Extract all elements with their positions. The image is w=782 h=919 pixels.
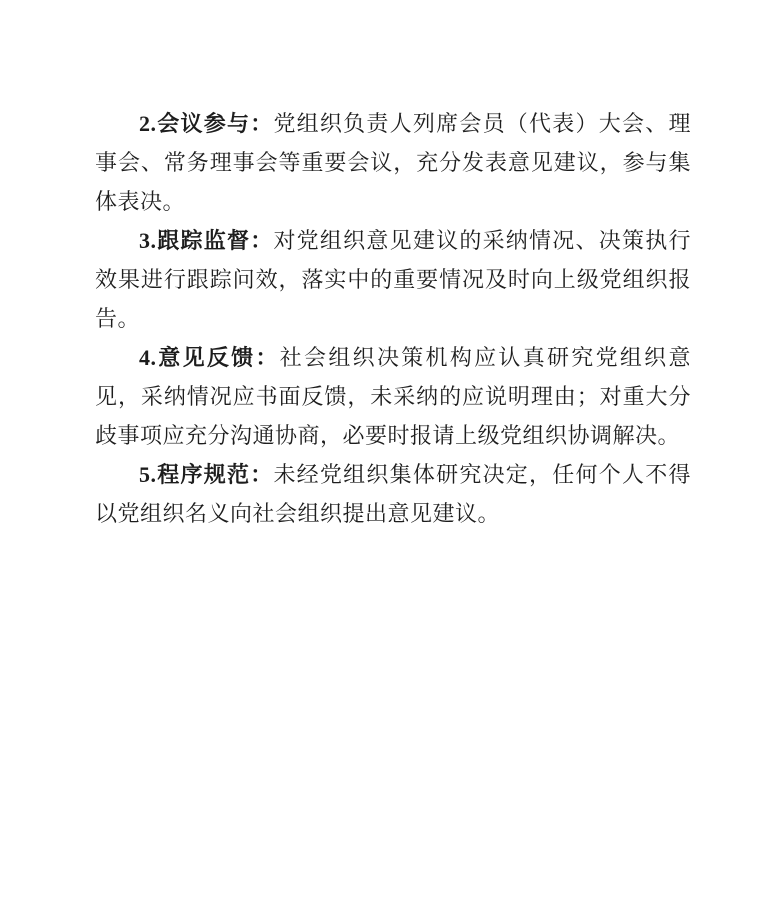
paragraph-3-separator: ：: [250, 228, 273, 253]
paragraph-4: 4.意见反馈：社会组织决策机构应认真研究党组织意见，采纳情况应书面反馈，未采纳的…: [95, 338, 691, 455]
document-page: 2.会议参与：党组织负责人列席会员（代表）大会、理事会、常务理事会等重要会议，充…: [0, 0, 782, 919]
paragraph-3-heading: 3.跟踪监督: [139, 228, 250, 253]
document-text-block: 2.会议参与：党组织负责人列席会员（代表）大会、理事会、常务理事会等重要会议，充…: [95, 104, 691, 533]
paragraph-5-separator: ：: [250, 462, 273, 487]
paragraph-2-heading: 2.会议参与: [139, 111, 250, 136]
paragraph-5: 5.程序规范：未经党组织集体研究决定，任何个人不得以党组织名义向社会组织提出意见…: [95, 455, 691, 533]
paragraph-2: 2.会议参与：党组织负责人列席会员（代表）大会、理事会、常务理事会等重要会议，充…: [95, 104, 691, 221]
paragraph-4-separator: ：: [255, 345, 279, 370]
paragraph-5-heading: 5.程序规范: [139, 462, 250, 487]
paragraph-3: 3.跟踪监督：对党组织意见建议的采纳情况、决策执行效果进行跟踪问效，落实中的重要…: [95, 221, 691, 338]
paragraph-2-separator: ：: [250, 111, 273, 136]
paragraph-4-heading: 4.意见反馈: [139, 345, 255, 370]
